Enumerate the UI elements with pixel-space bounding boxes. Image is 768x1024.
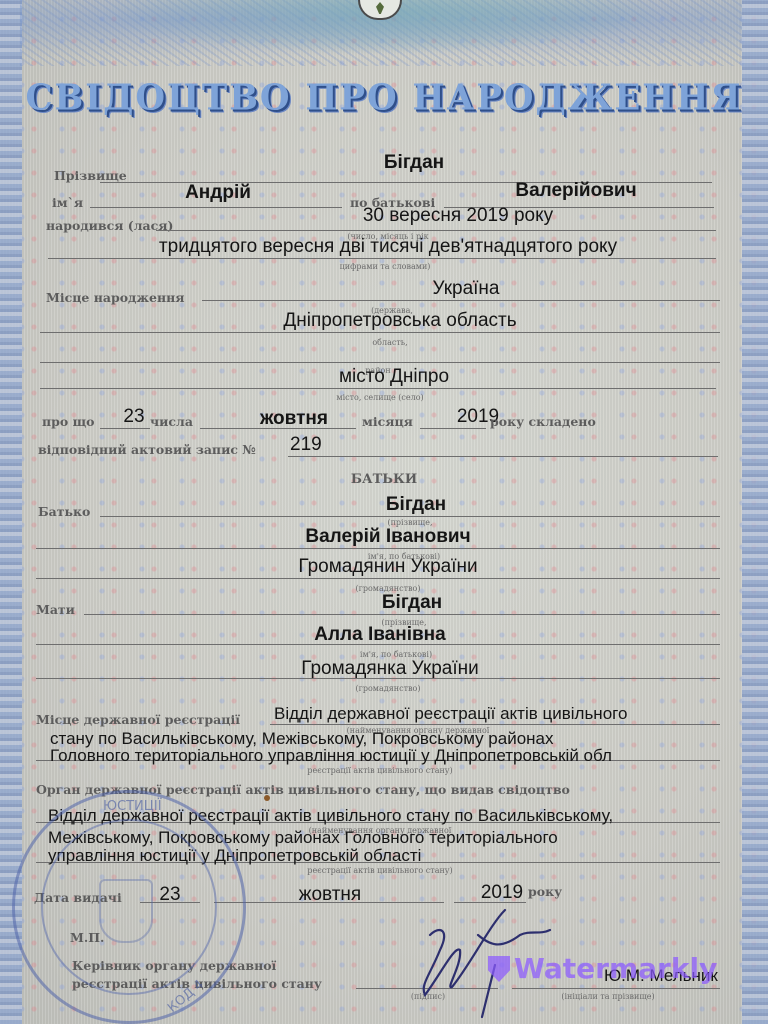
region-line [40, 332, 720, 333]
act-day-label: числа [150, 414, 193, 429]
act-year-label: року складено [490, 414, 596, 429]
watermark: Watermarkly [488, 952, 717, 985]
born-label: народився (лася) [46, 218, 173, 233]
surname-label: Прізвище [54, 168, 127, 183]
record-number-label: відповідний актовий запис № [38, 442, 256, 457]
issuing-hint-2: реєстрації актів цивільного стану) [307, 866, 452, 875]
father-citizenship: Громадянин України [298, 556, 477, 578]
birth-country: Україна [432, 278, 499, 300]
mother-citizenship: Громадянка України [301, 658, 478, 680]
child-name: Андрій [185, 182, 251, 204]
birthplace-label: Місце народження [46, 290, 185, 305]
record-number: 219 [290, 434, 322, 456]
mother-surname: Бігдан [382, 592, 442, 614]
name-line [90, 207, 342, 208]
country-line [202, 300, 720, 301]
trident-icon [99, 879, 153, 943]
father-surname-line [100, 516, 720, 517]
father-label: Батько [38, 504, 90, 519]
birth-words-hint: цифрами та словами) [340, 262, 431, 271]
issue-year: 2019 [481, 882, 523, 904]
father-surname: Бігдан [386, 494, 446, 516]
act-month: жовтня [260, 408, 328, 430]
official-stamp: ЮСТИЦІЇ КОД 4 [12, 790, 246, 1024]
mother-citizenship-hint: (громадянство) [356, 684, 421, 693]
child-surname: Бігдан [384, 152, 444, 174]
birth-date-digits: 30 вересня 2019 року [363, 205, 553, 227]
city-hint: місто, селище (село) [336, 393, 423, 402]
born-line [156, 230, 716, 231]
father-name: Валерій Іванович [305, 526, 470, 548]
registration-place-line-1: Відділ державної реєстрації актів цивіль… [274, 704, 627, 724]
parents-heading: БАТЬКИ [0, 472, 768, 487]
registration-hint-2: реєстрації актів цивільного стану) [307, 766, 452, 775]
act-about-label: про що [42, 414, 94, 429]
child-patronymic: Валерійович [515, 180, 636, 202]
mother-surname-line [84, 614, 720, 615]
father-name-line [36, 548, 720, 549]
mother-label: Мати [36, 602, 75, 617]
act-month-label: місяця [362, 414, 413, 429]
birth-date-words: тридцятого вересня дві тисячі дев'ятнадц… [159, 236, 617, 258]
shield-icon [488, 956, 510, 982]
registration-place-line-3: Головного територіального управління юст… [50, 746, 612, 766]
birth-words-line [48, 258, 716, 259]
act-day: 23 [123, 406, 144, 428]
stain-mark [264, 795, 270, 801]
registration-place-label: Місце державної реєстрації [36, 712, 240, 727]
registration-line-1 [270, 724, 720, 725]
stamp-text-top: ЮСТИЦІЇ [103, 799, 162, 814]
act-day-line [100, 428, 150, 429]
issue-year-label: року [528, 884, 562, 899]
document-title: СВІДОЦТВО ПРО НАРОДЖЕННЯ [0, 77, 768, 119]
record-number-line [288, 456, 718, 457]
issue-month: жовтня [299, 884, 361, 906]
district-line [40, 362, 720, 363]
act-year-line [420, 428, 486, 429]
ornament-border-right [742, 0, 768, 1024]
name-label: ім`я [52, 195, 83, 210]
birth-region: Дніпропетровська область [283, 310, 516, 332]
father-citizenship-line [36, 578, 720, 579]
birth-city: місто Дніпро [339, 366, 449, 388]
region-hint: область, [372, 338, 407, 347]
watermark-text: Watermarkly [514, 952, 717, 985]
city-line [40, 388, 716, 389]
mother-name: Алла Іванівна [314, 624, 445, 646]
